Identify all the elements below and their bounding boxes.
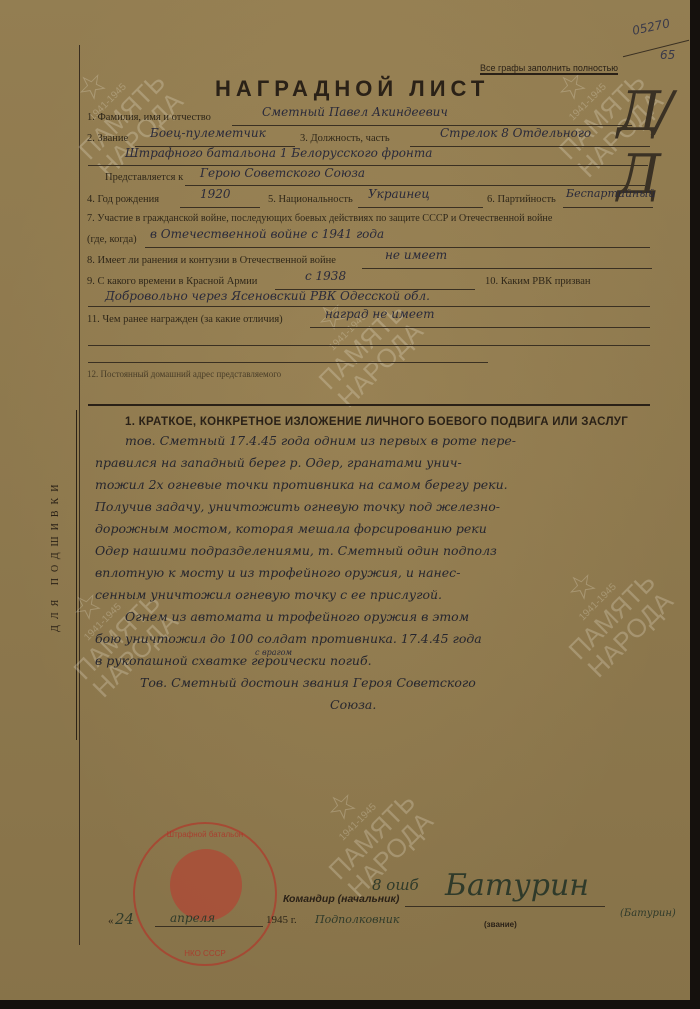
field-value-wounds: не имеет (385, 248, 447, 262)
handwritten-unit: 8 ошб (372, 876, 419, 894)
commander-rank: Подполковник (315, 913, 399, 926)
field-label-name: 1. Фамилия, имя и отчество (87, 112, 211, 123)
watermark: ☆1941-1945ПАМЯТЬНАРОДА (281, 266, 428, 413)
field-underline (185, 185, 645, 186)
field-label-party: 6. Партийность (487, 194, 556, 205)
field-underline (88, 165, 648, 166)
field-underline (88, 362, 488, 363)
field-underline (310, 327, 650, 328)
field-underline (362, 268, 652, 269)
field-underline (563, 207, 653, 208)
narrative-line: вплотную к мосту и из трофейного оружия,… (95, 562, 685, 584)
section-heading: 1. КРАТКОЕ, КОНКРЕТНОЕ ИЗЛОЖЕНИЕ ЛИЧНОГО… (125, 416, 628, 428)
field-label-position: 3. Должность, часть (300, 133, 390, 144)
field-value-conscription: Добровольно через Ясеновский РВК Одесско… (105, 289, 430, 303)
narrative-line: Одер нашими подразделениями, т. Сметный … (95, 540, 685, 562)
fill-note: Все графы заполнить полностью (480, 63, 618, 75)
narrative-line: в рукопашной схватке героически погиб. (95, 650, 685, 672)
field-label-nationality: 5. Национальность (268, 194, 353, 205)
award-sheet: ☆1941-1945ПАМЯТЬНАРОДА ☆1941-1945ПАМЯТЬН… (0, 0, 690, 1000)
narrative-line: тожил 2х огневые точки противника на сам… (95, 474, 685, 496)
commander-signature: Батурин (445, 868, 589, 903)
binding-line (76, 410, 77, 740)
rank-label: (звание) (484, 920, 517, 929)
signature-underline (405, 906, 605, 907)
commander-label: Командир (начальник) (283, 893, 399, 905)
field-label-nominated: Представляется к (105, 172, 183, 183)
narrative-insertion: с врагом (255, 648, 292, 657)
narrative-line: Получив задачу, уничтожить огневую точку… (95, 496, 685, 518)
narrative-line: правился на западный берег р. Одер, гран… (95, 452, 685, 474)
date-day: 24 (115, 910, 134, 928)
field-label-where-when: (где, когда) (87, 234, 137, 245)
field-underline (358, 207, 483, 208)
field-underline (180, 207, 260, 208)
stamp-text: НКО СССР (135, 949, 275, 958)
field-label-war-participation: 7. Участие в гражданской войне, последую… (87, 213, 552, 224)
document-title: НАГРАДНОЙ ЛИСТ (215, 76, 489, 102)
field-value-prior-awards: наград не имеет (325, 307, 434, 321)
vertical-margin-label: ДЛЯ ПОДШИВКИ (50, 415, 66, 695)
stamp-text: Штрафной батальон (135, 830, 275, 839)
scan-edge (0, 1000, 700, 1009)
field-value-rank: Боец-пулеметчик (150, 126, 266, 140)
field-value-nationality: Украинец (368, 187, 430, 201)
field-label-address: 12. Постоянный домашний адрес представля… (87, 369, 281, 379)
date-year: 1945 г. (266, 914, 297, 926)
field-underline (410, 146, 650, 147)
narrative-line: Союза. (95, 694, 685, 716)
field-label-army-since: 9. С какого времени в Красной Армии (87, 276, 257, 287)
field-label-prior-awards: 11. Чем ранее награжден (за какие отличи… (87, 314, 283, 325)
commander-surname: (Батурин) (620, 908, 676, 919)
field-value-name: Сметный Павел Акиндеевич (262, 105, 448, 119)
field-label-wounds: 8. Имеет ли ранения и контузии в Отечест… (87, 255, 336, 266)
field-value-party: Беспартийный (566, 187, 655, 200)
section-divider (88, 404, 650, 406)
narrative-line: сенным уничтожил огневую точку с ее прис… (95, 584, 685, 606)
field-value-nominated: Герою Советского Союза (200, 166, 365, 180)
date-underline (155, 926, 263, 927)
field-underline (88, 345, 650, 346)
field-value-war-participation: в Отечественной войне с 1941 года (150, 227, 384, 241)
field-value-birth-year: 1920 (200, 187, 231, 201)
narrative-line: Огнем из автомата и трофейного оружия в … (95, 606, 685, 628)
field-value-position: Стрелок 8 Отдельного (440, 126, 591, 140)
watermark: ☆1941-1945ПАМЯТЬНАРОДА (41, 36, 188, 183)
field-label-conscription: 10. Каким РВК призван (485, 276, 590, 287)
margin-line (79, 45, 80, 945)
narrative-line: Тов. Сметный достоин звания Героя Советс… (95, 672, 685, 694)
date-month: апреля (170, 911, 215, 925)
field-label-rank: 2. Звание (87, 133, 128, 144)
feat-narrative: тов. Сметный 17.4.45 года одним из первы… (95, 430, 685, 716)
archive-number: 05270 (631, 16, 671, 38)
scan-edge (690, 0, 700, 1009)
archive-divider (623, 40, 689, 57)
field-value-unit: Штрафного батальона 1 Белорусского фронт… (125, 146, 432, 160)
field-value-army-since: с 1938 (305, 269, 346, 283)
official-stamp: Штрафной батальон НКО СССР (133, 822, 277, 966)
narrative-line: бою уничтожил до 100 солдат противника. … (95, 628, 685, 650)
archive-sub: 65 (660, 48, 675, 62)
field-label-birth-year: 4. Год рождения (87, 194, 159, 205)
date-open-quote: « (108, 915, 114, 927)
narrative-line: тов. Сметный 17.4.45 года одним из первы… (95, 430, 685, 452)
narrative-line: дорожным мостом, которая мешала форсиров… (95, 518, 685, 540)
